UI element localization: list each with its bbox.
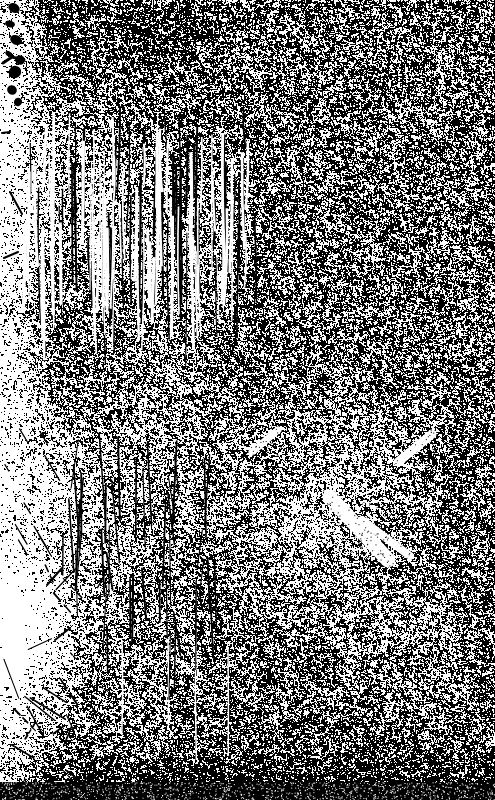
halftone-photograph bbox=[0, 0, 495, 800]
halftone-photograph-canvas bbox=[0, 0, 495, 800]
scanned-page bbox=[0, 0, 495, 800]
